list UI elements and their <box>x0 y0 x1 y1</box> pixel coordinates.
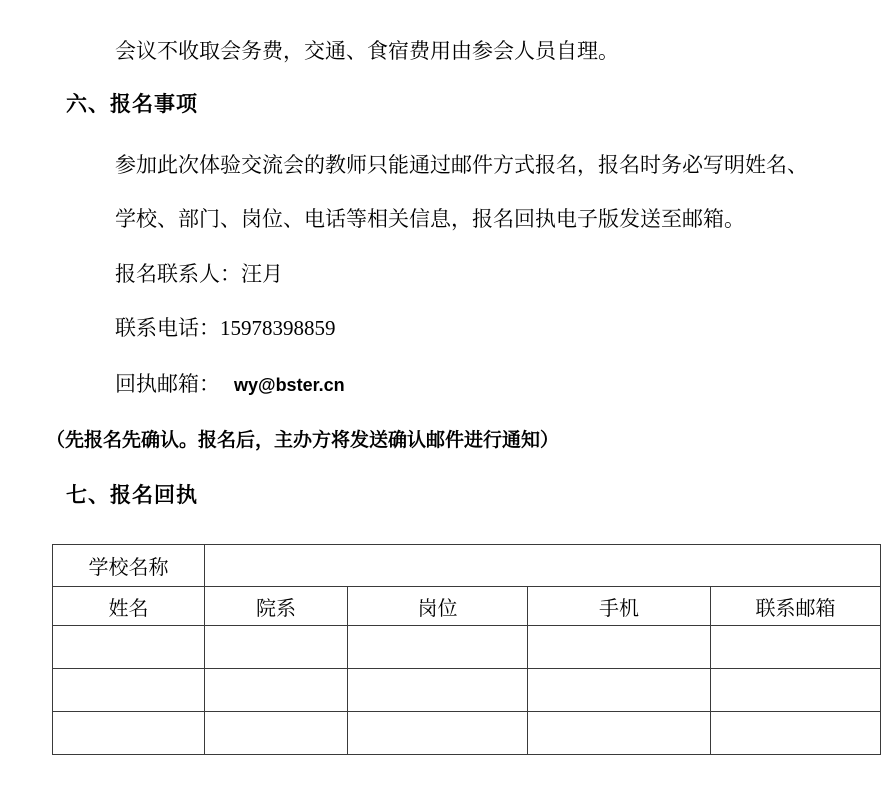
post-field[interactable] <box>348 712 528 755</box>
mobile-field[interactable] <box>528 626 711 669</box>
table-header-row: 姓名 院系 岗位 手机 联系邮箱 <box>53 587 881 626</box>
section-6-heading: 六、报名事项 <box>66 91 198 117</box>
dept-field[interactable] <box>205 669 348 712</box>
name-field[interactable] <box>53 712 205 755</box>
email-label: 回执邮箱： <box>115 372 220 396</box>
column-header-email: 联系邮箱 <box>711 587 881 626</box>
section-7-heading: 七、报名回执 <box>66 482 198 508</box>
column-header-name: 姓名 <box>53 587 205 626</box>
column-header-dept: 院系 <box>205 587 348 626</box>
column-header-mobile: 手机 <box>528 587 711 626</box>
email-field[interactable] <box>711 626 881 669</box>
registration-para-line-1: 参加此次体验交流会的教师只能通过邮件方式报名，报名时务必写明姓名、 <box>115 152 808 178</box>
table-row <box>53 669 881 712</box>
table-row <box>53 712 881 755</box>
post-field[interactable] <box>348 626 528 669</box>
contact-line: 报名联系人：汪月 <box>115 261 283 287</box>
phone-label: 联系电话： <box>115 316 220 340</box>
school-name-field[interactable] <box>205 545 881 587</box>
dept-field[interactable] <box>205 712 348 755</box>
phone-line: 联系电话：15978398859 <box>115 315 336 341</box>
column-header-post: 岗位 <box>348 587 528 626</box>
school-name-label: 学校名称 <box>53 545 205 587</box>
contact-name: 汪月 <box>241 262 283 286</box>
email-field[interactable] <box>711 669 881 712</box>
email-address: wy@bster.cn <box>234 375 345 395</box>
document-page: 会议不收取会务费，交通、食宿费用由参会人员自理。 六、报名事项 参加此次体验交流… <box>0 0 892 794</box>
registration-reply-table: 学校名称 姓名 院系 岗位 手机 联系邮箱 <box>52 544 881 755</box>
post-field[interactable] <box>348 669 528 712</box>
email-field[interactable] <box>711 712 881 755</box>
email-line: 回执邮箱：wy@bster.cn <box>115 371 345 398</box>
phone-number: 15978398859 <box>220 316 336 340</box>
confirmation-note: （先报名先确认。报名后，主办方将发送确认邮件进行通知） <box>46 428 559 454</box>
name-field[interactable] <box>53 626 205 669</box>
mobile-field[interactable] <box>528 712 711 755</box>
name-field[interactable] <box>53 669 205 712</box>
table-row-school: 学校名称 <box>53 545 881 587</box>
registration-para-line-2: 学校、部门、岗位、电话等相关信息，报名回执电子版发送至邮箱。 <box>115 206 745 232</box>
contact-label: 报名联系人： <box>115 262 241 286</box>
dept-field[interactable] <box>205 626 348 669</box>
mobile-field[interactable] <box>528 669 711 712</box>
table-row <box>53 626 881 669</box>
fee-notice-line: 会议不收取会务费，交通、食宿费用由参会人员自理。 <box>115 38 619 64</box>
